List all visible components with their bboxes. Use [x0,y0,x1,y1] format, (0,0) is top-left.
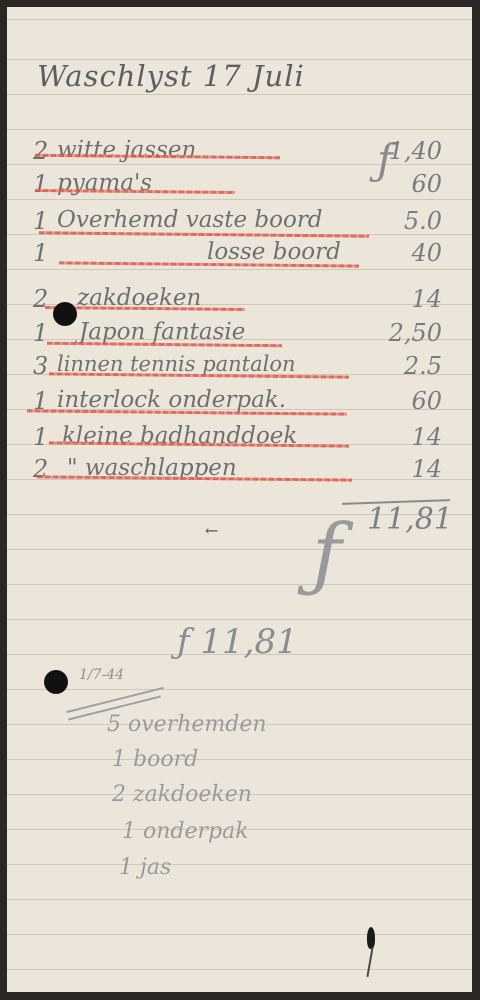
item-description: Japon fantasie [79,319,245,345]
return-item: 1 jas [119,855,171,880]
laundry-list-sheet: Waschlyst 17 Juli ƒ 2 witte jassen 1,40 … [7,7,472,992]
item-qty: 1 [33,423,48,451]
list-item: 2 " waschlappen 14 [7,455,472,485]
item-price: 2.5 [404,352,442,380]
red-strikethrough [27,409,347,415]
item-price: 5.0 [404,207,442,235]
item-qty: 1 [33,239,48,267]
paper-tear [366,947,373,977]
list-item: 1 kleine badhanddoek 14 [7,423,472,453]
return-item-qty: 1 [112,747,126,772]
item-qty: 3 [33,352,48,380]
item-qty: 2 [33,137,48,165]
item-price: 60 [411,387,442,415]
red-strikethrough [49,372,349,378]
return-item: 1 boord [112,747,198,772]
list-item: 3 linnen tennis pantalon 2.5 [7,352,472,382]
return-item-description: zakdoeken [133,782,252,807]
item-price: 2,50 [389,319,442,347]
return-item-description: boord [133,747,198,772]
item-qty: 1 [33,170,48,198]
return-item-description: onderpak [143,819,249,844]
list-item: 1 Overhemd vaste boord 5.0 [7,207,472,237]
return-item-description: jas [140,855,171,880]
punch-hole [53,302,77,326]
return-item-qty: 1 [119,855,133,880]
return-date: 1/7-44 [79,667,124,683]
item-price: 14 [411,455,442,483]
list-title: Waschlyst 17 Juli [37,59,305,93]
second-total-amount: ƒ 11,81 [177,622,298,662]
list-item: 1 losse boord 40 [7,239,472,269]
item-price: 14 [411,423,442,451]
paper-tear [367,927,375,949]
currency-symbol: ƒ [312,507,342,600]
item-qty: 1 [33,319,48,347]
item-description: losse boord [207,239,341,265]
red-strikethrough [47,342,282,347]
return-item: 1 onderpak [122,819,249,844]
item-price: 60 [411,170,442,198]
item-price: 1,40 [389,137,442,165]
item-description: Overhemd vaste boord [57,207,323,233]
item-qty: 2 [33,455,48,483]
return-item: 5 overhemden [107,712,267,737]
return-item: 2 zakdoeken [112,782,252,807]
total-amount: 11,81 [367,502,453,537]
return-item-qty: 2 [112,782,126,807]
return-item-qty: 5 [107,712,121,737]
list-item: 2 witte jassen 1,40 [7,137,472,167]
punch-hole [44,670,68,694]
list-item: 2 zakdoeken 14 [7,285,472,315]
item-price: 14 [411,285,442,313]
arrow-mark: ← [205,521,218,540]
item-price: 40 [411,239,442,267]
list-item: 1 Japon fantasie 2,50 [7,319,472,349]
item-description: witte jassen [57,137,196,163]
list-item: 1 pyama's 60 [7,170,472,200]
return-item-description: overhemden [128,712,267,737]
return-item-qty: 1 [122,819,136,844]
list-item: 1 interlock onderpak. 60 [7,387,472,417]
